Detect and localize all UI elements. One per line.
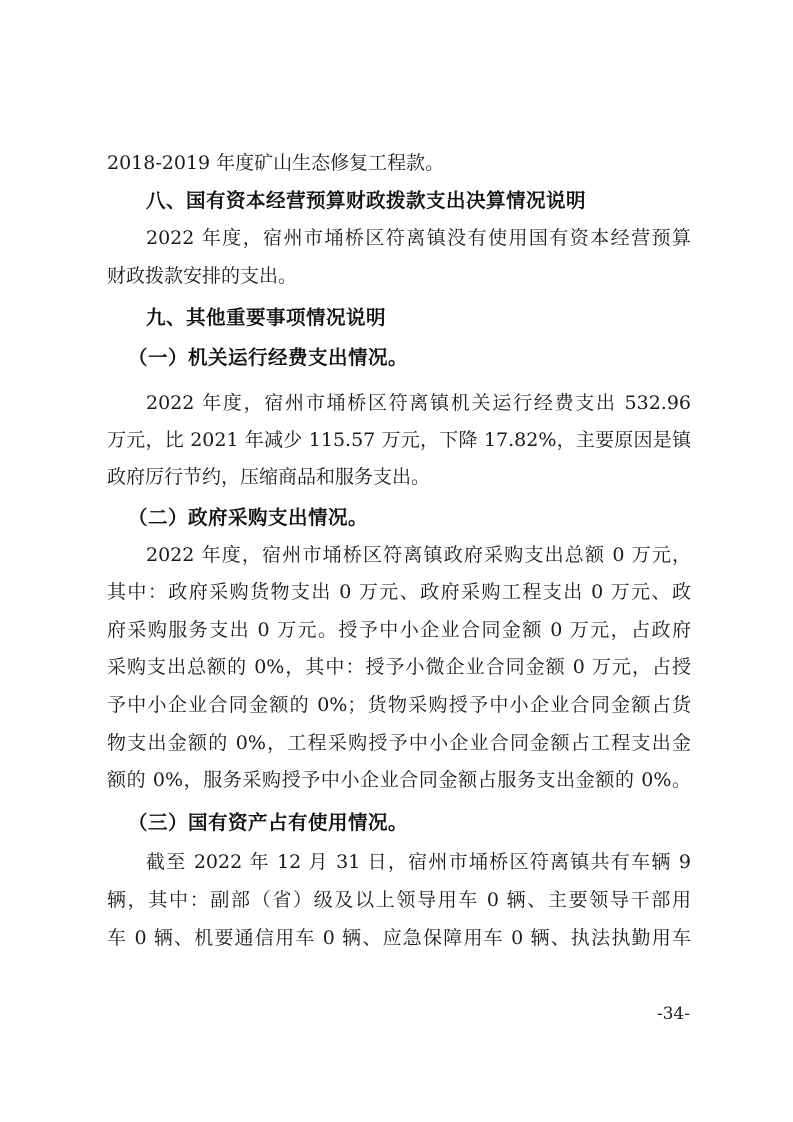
body-line: 2022 年度，宿州市埇桥区符离镇没有使用国有资本经营预算: [146, 223, 691, 253]
page-number: -34-: [600, 1004, 690, 1024]
body-line: 府采购服务支出 0 万元。授予中小企业合同金额 0 万元，占政府: [107, 615, 691, 645]
body-line: 物支出金额的 0%，工程采购授予中小企业合同金额占工程支出金: [107, 728, 691, 758]
body-line: 其中：政府采购货物支出 0 万元、政府采购工程支出 0 万元、政: [107, 577, 691, 607]
subsection-heading-1: （一）机关运行经费支出情况。: [128, 343, 408, 373]
document-page: 2018-2019 年度矿山生态修复工程款。 八、国有资本经营预算财政拨款支出决…: [0, 0, 793, 1122]
body-line: 予中小企业合同金额的 0%；货物采购授予中小企业合同金额占货: [107, 690, 691, 720]
body-line: 采购支出总额的 0%，其中：授予小微企业合同金额 0 万元，占授: [107, 652, 691, 682]
section-heading-8: 八、国有资本经营预算财政拨款支出决算情况说明: [146, 186, 586, 216]
subsection-heading-2: （二）政府采购支出情况。: [128, 503, 368, 533]
body-line: 截至 2022 年 12 月 31 日，宿州市埇桥区符离镇共有车辆 9: [146, 847, 691, 877]
body-line: 2022 年度，宿州市埇桥区符离镇政府采购支出总额 0 万元，: [146, 540, 691, 570]
body-line: 2022 年度，宿州市埇桥区符离镇机关运行经费支出 532.96: [146, 388, 691, 418]
body-line: 财政拨款安排的支出。: [107, 261, 691, 291]
body-line: 车 0 辆、机要通信用车 0 辆、应急保障用车 0 辆、执法执勤用车: [107, 923, 691, 953]
body-line: 万元，比 2021 年减少 115.57 万元，下降 17.82%，主要原因是镇: [107, 425, 691, 455]
body-line: 2018-2019 年度矿山生态修复工程款。: [107, 148, 691, 178]
body-line: 政府厉行节约，压缩商品和服务支出。: [107, 462, 691, 492]
body-line: 额的 0%，服务采购授予中小企业合同金额占服务支出金额的 0%。: [107, 765, 691, 795]
section-heading-9: 九、其他重要事项情况说明: [146, 303, 386, 333]
subsection-heading-3: （三）国有资产占有使用情况。: [128, 808, 408, 838]
body-line: 辆，其中：副部（省）级及以上领导用车 0 辆、主要领导干部用: [107, 885, 691, 915]
